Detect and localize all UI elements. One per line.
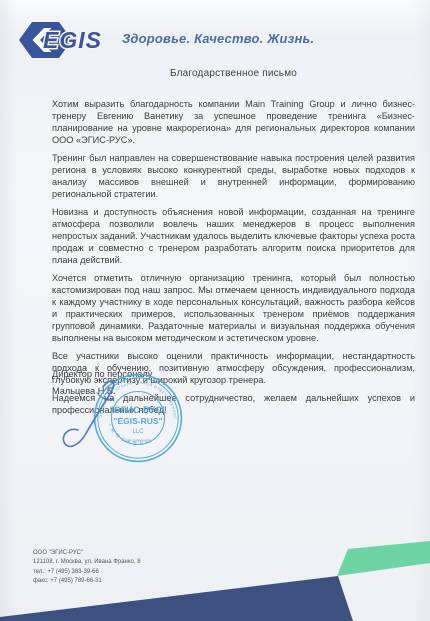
footer-contact-block: ООО "ЭГИС-РУС" 121108, г. Москва, ул. Ив… [33, 549, 141, 587]
paragraph-2: Тренинг был направлен на совершенствован… [52, 152, 415, 200]
company-tagline: Здоровье. Качество. Жизнь. [122, 31, 314, 46]
footer-address: 121108, г. Москва, ул. Ивана Франко, 8 [33, 558, 141, 567]
footer-fax: факс: +7 (495) 789-66-31 [33, 577, 141, 586]
handwritten-signature [55, 377, 133, 461]
paragraph-4: Хочется отметить отличную организацию тр… [52, 272, 415, 345]
footer-phone: тел.: +7 (495) 363-39-66 [33, 568, 141, 577]
decor-green-band [337, 541, 430, 576]
paragraph-3: Новизна и доступность объяснения новой и… [52, 206, 415, 266]
footer-company: ООО "ЭГИС-РУС" [33, 549, 141, 558]
egis-logo-icon: EGIS [19, 21, 129, 59]
letter-page: EGIS Здоровье. Качество. Жизнь. Благодар… [0, 0, 430, 621]
page-title: Благодарственное письмо [52, 68, 415, 79]
egis-logo-text: EGIS [43, 27, 102, 53]
stamp-center-line3: LLC [132, 429, 144, 435]
paragraph-1: Хотим выразить благодарность компании Ma… [52, 98, 415, 146]
